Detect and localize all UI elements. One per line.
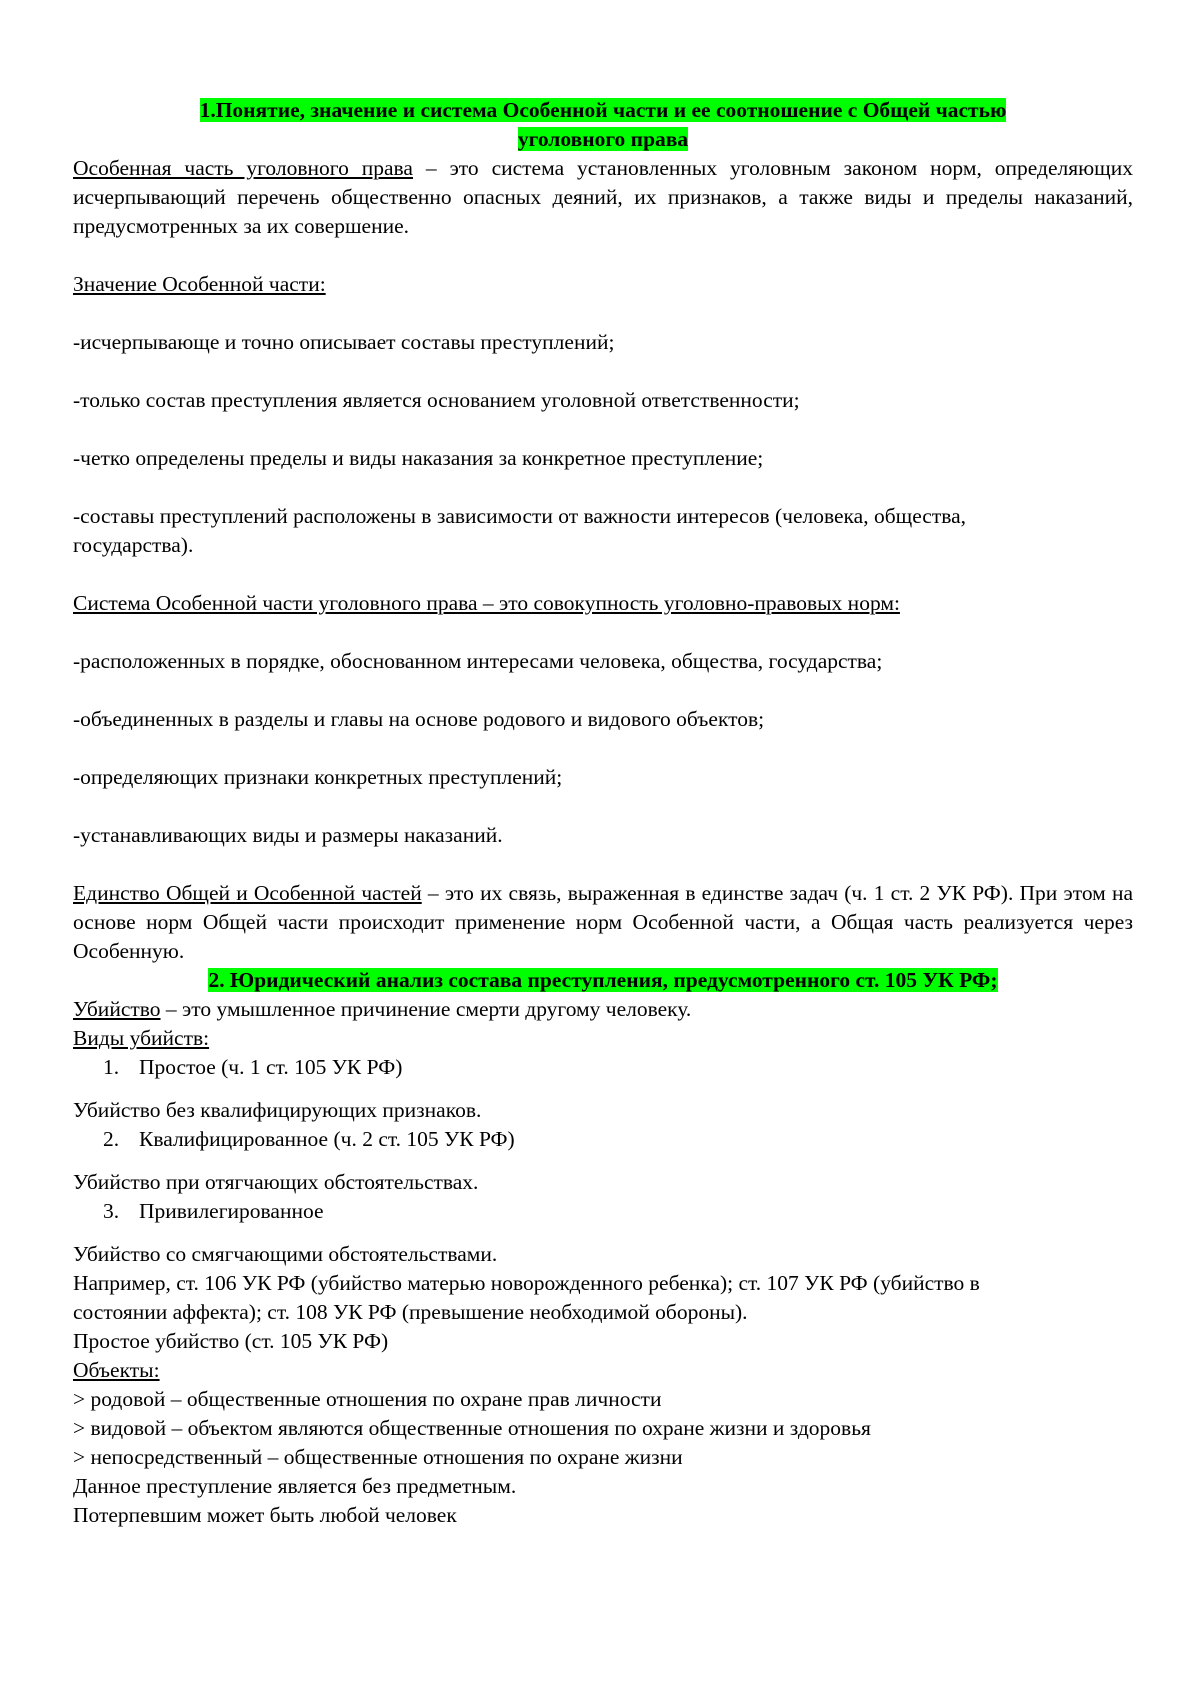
meaning-heading: Значение Особенной части:	[73, 270, 1133, 299]
example-paragraph: Например, ст. 106 УК РФ (убийство матерь…	[73, 1269, 1073, 1327]
types-heading: Виды убийств:	[73, 1024, 1133, 1053]
document-page: 1.Понятие, значение и система Особенной …	[73, 96, 1133, 1530]
murder-definition: Убийство – это умышленное причинение сме…	[73, 995, 1133, 1024]
system-item: -объединенных в разделы и главы на основ…	[73, 705, 1133, 734]
type-item: 2.Квалифицированное (ч. 2 ст. 105 УК РФ)	[73, 1125, 1133, 1154]
section1-title-line1: 1.Понятие, значение и система Особенной …	[200, 98, 1007, 122]
meaning-item: -только состав преступления является осн…	[73, 386, 1133, 415]
special-part-definition: Особенная часть уголовного права – это с…	[73, 154, 1133, 241]
subject-line: Данное преступление является без предмет…	[73, 1472, 1133, 1501]
type-label: Квалифицированное (ч. 2 ст. 105 УК РФ)	[139, 1125, 515, 1154]
section2-title: 2. Юридический анализ состава преступлен…	[73, 966, 1133, 995]
type-label: Простое (ч. 1 ст. 105 УК РФ)	[139, 1053, 402, 1082]
type-item: 1.Простое (ч. 1 ст. 105 УК РФ)	[73, 1053, 1133, 1082]
victim-line: Потерпевшим может быть любой человек	[73, 1501, 1133, 1530]
meaning-item: -исчерпывающе и точно описывает составы …	[73, 328, 1133, 357]
meaning-item: -четко определены пределы и виды наказан…	[73, 444, 1133, 473]
murder-definition-text: – это умышленное причинение смерти друго…	[161, 997, 692, 1021]
objects-heading: Объекты:	[73, 1356, 1133, 1385]
type-label: Привилегированное	[139, 1197, 324, 1226]
object-item: > непосредственный – общественные отноше…	[73, 1443, 1133, 1472]
type-description: Убийство со смягчающими обстоятельствами…	[73, 1240, 1133, 1269]
section1-title-line2: уголовного права	[518, 127, 688, 151]
murder-term: Убийство	[73, 997, 161, 1021]
list-number: 1.	[103, 1053, 139, 1082]
meaning-item: -составы преступлений расположены в зави…	[73, 502, 1073, 560]
type-description: Убийство при отягчающих обстоятельствах.	[73, 1168, 1133, 1197]
section2-title-text: 2. Юридический анализ состава преступлен…	[208, 968, 997, 992]
object-item: > родовой – общественные отношения по ох…	[73, 1385, 1133, 1414]
type-item: 3.Привилегированное	[73, 1197, 1133, 1226]
object-item: > видовой – объектом являются общественн…	[73, 1414, 1133, 1443]
list-number: 2.	[103, 1125, 139, 1154]
definition-term: Особенная часть уголовного права	[73, 156, 413, 180]
type-description: Убийство без квалифицирующих признаков.	[73, 1096, 1133, 1125]
unity-paragraph: Единство Общей и Особенной частей – это …	[73, 879, 1133, 966]
unity-term: Единство Общей и Особенной частей	[73, 881, 422, 905]
section1-title: 1.Понятие, значение и система Особенной …	[73, 96, 1133, 154]
system-item: -расположенных в порядке, обоснованном и…	[73, 647, 1133, 676]
system-item: -определяющих признаки конкретных престу…	[73, 763, 1133, 792]
list-number: 3.	[103, 1197, 139, 1226]
simple-murder-line: Простое убийство (ст. 105 УК РФ)	[73, 1327, 1133, 1356]
system-item: -устанавливающих виды и размеры наказани…	[73, 821, 1133, 850]
system-heading: Система Особенной части уголовного права…	[73, 589, 1133, 618]
